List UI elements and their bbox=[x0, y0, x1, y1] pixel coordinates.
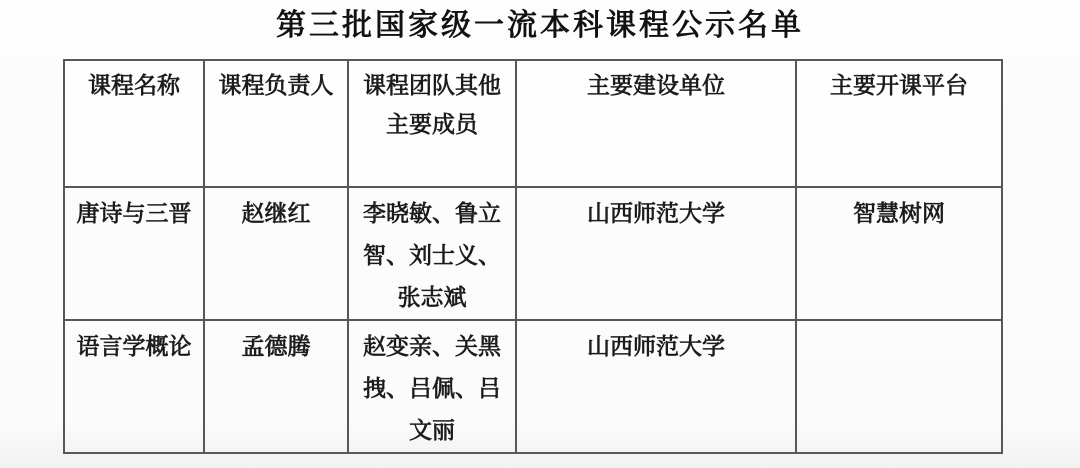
cell-main_institution: 山西师范大学 bbox=[516, 187, 796, 320]
table-body: 唐诗与三晋赵继红李晓敏、鲁立智、刘士义、张志斌山西师范大学智慧树网语言学概论孟德… bbox=[64, 187, 1002, 453]
table-row: 唐诗与三晋赵继红李晓敏、鲁立智、刘士义、张志斌山西师范大学智慧树网 bbox=[64, 187, 1002, 320]
cell-main_platform bbox=[796, 320, 1002, 453]
course-table: 课程名称课程负责人课程团队其他主要成员主要建设单位主要开课平台 唐诗与三晋赵继红… bbox=[63, 59, 1003, 454]
document-title: 第三批国家级一流本科课程公示名单 bbox=[0, 7, 1080, 45]
document-page: 第三批国家级一流本科课程公示名单 课程名称课程负责人课程团队其他主要成员主要建设… bbox=[0, 0, 1080, 468]
cell-course_leader: 赵继红 bbox=[204, 187, 348, 320]
cell-main_institution: 山西师范大学 bbox=[516, 320, 796, 453]
cell-course_name: 语言学概论 bbox=[64, 320, 204, 453]
cell-other_team_members: 李晓敏、鲁立智、刘士义、张志斌 bbox=[348, 187, 516, 320]
cell-other_team_members: 赵变亲、关黑拽、吕佩、吕文丽 bbox=[348, 320, 516, 453]
column-header-course_leader: 课程负责人 bbox=[204, 60, 348, 187]
column-header-course_name: 课程名称 bbox=[64, 60, 204, 187]
table-header-row: 课程名称课程负责人课程团队其他主要成员主要建设单位主要开课平台 bbox=[64, 60, 1002, 187]
cell-course_name: 唐诗与三晋 bbox=[64, 187, 204, 320]
table-row: 语言学概论孟德腾赵变亲、关黑拽、吕佩、吕文丽山西师范大学 bbox=[64, 320, 1002, 453]
cell-main_platform: 智慧树网 bbox=[796, 187, 1002, 320]
column-header-main_institution: 主要建设单位 bbox=[516, 60, 796, 187]
cell-course_leader: 孟德腾 bbox=[204, 320, 348, 453]
column-header-main_platform: 主要开课平台 bbox=[796, 60, 1002, 187]
column-header-other_team_members: 课程团队其他主要成员 bbox=[348, 60, 516, 187]
